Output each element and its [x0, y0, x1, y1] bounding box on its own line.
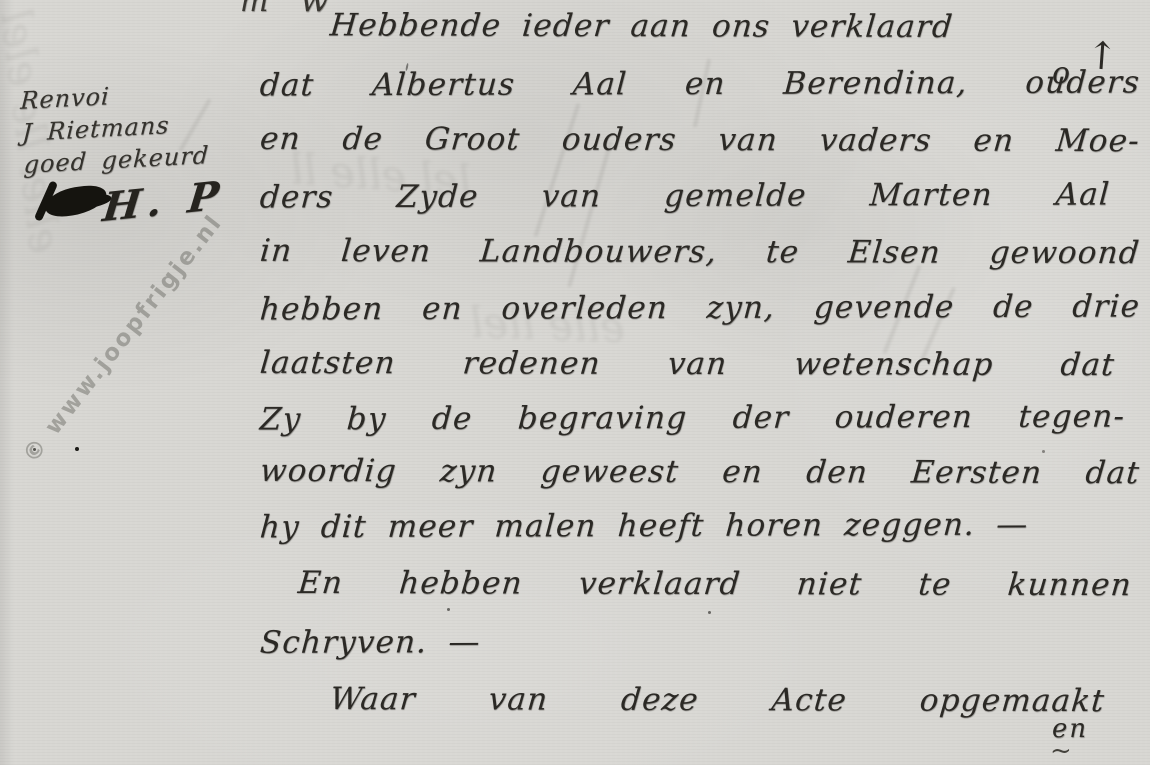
text-line: ders Zyde van gemelde Marten Aal	[259, 175, 1112, 220]
catchword-underline: ~	[1050, 736, 1072, 765]
text-line: in leven Landbouwers, te Elsen gewoond	[258, 231, 1142, 275]
insertion-mark: o	[1052, 56, 1070, 91]
text-line: hebben en overleden zyn, gevende de drie	[259, 286, 1142, 331]
text-line: hy dit meer malen heeft horen zeggen. —	[259, 505, 1017, 550]
text-line: Zy by de begraving der ouderen tegen-	[259, 396, 1127, 441]
text-line: Schryven. —	[259, 621, 762, 665]
text-line: En hebben verklaard niet te kunnen	[258, 563, 1134, 607]
text-line: en de Groot ouders van vaders en Moe-	[258, 119, 1142, 163]
document-scan: { "page": { "watermark": "© www.joopfrig…	[0, 0, 1150, 765]
text-line: Hebbende ieder aan ons verklaard	[258, 5, 912, 49]
registrar-initials-text: H. P	[100, 172, 227, 231]
insertion-caret-icon: ↑	[1085, 33, 1120, 79]
text-line: Waar van deze Acte opgemaakt	[258, 679, 1107, 723]
ink-speck	[708, 611, 711, 614]
ink-speck	[447, 608, 450, 611]
ink-speck	[75, 447, 79, 451]
text-line: dat Albertus Aal en Berendina, ouders	[259, 62, 1142, 107]
margin-note: RenvoiJ Rietmansgoed gekeurd	[20, 75, 210, 181]
text-line: woordig zyn geweest en den Eersten dat	[258, 451, 1142, 495]
text-line: laatsten redenen van wetenschap dat	[258, 343, 1117, 387]
registrar-initials: H. P	[40, 172, 210, 262]
